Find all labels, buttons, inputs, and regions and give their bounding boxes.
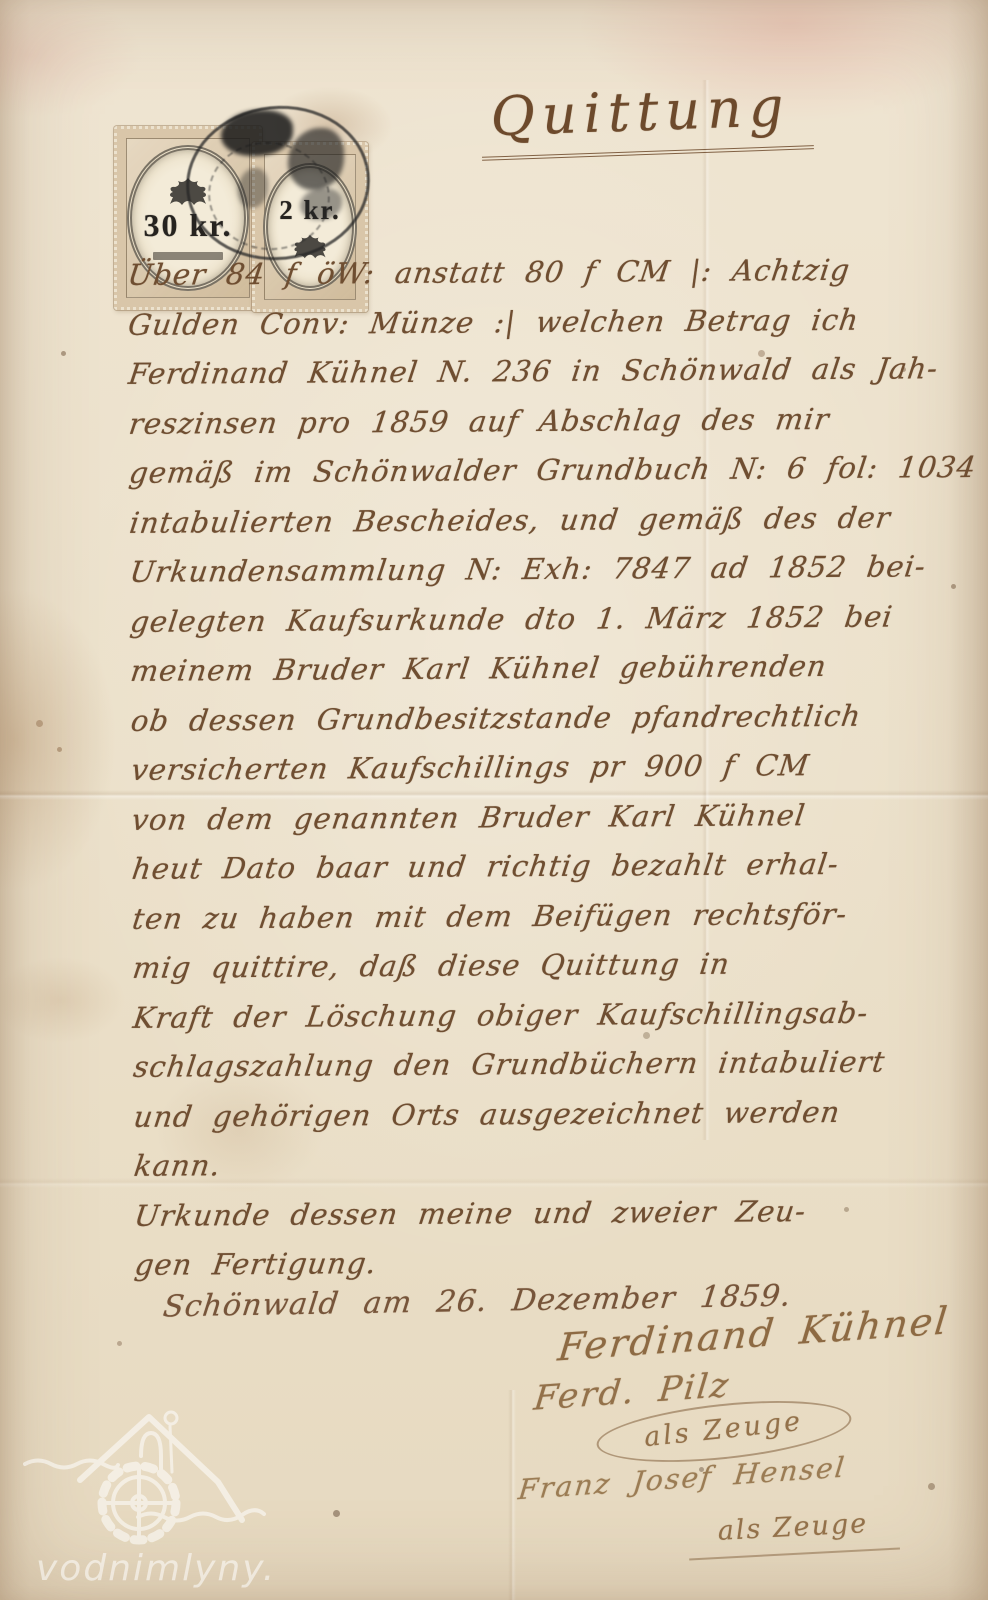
mill-mast-icon (170, 1426, 172, 1472)
manuscript-line: von dem genannten Bruder Karl Kühnel (129, 790, 966, 845)
watermark-logo: vodnimlyny.cz (20, 1402, 270, 1600)
manuscript-line: Urkunde dessen meine und zweier Zeu- (131, 1186, 968, 1241)
manuscript-line: Ferdinand Kühnel N. 236 in Schönwald als… (125, 344, 962, 399)
manuscript-line: ob dessen Grundbesitzstande pfandrechtli… (128, 691, 965, 746)
waterwheel-gear-icon (102, 1466, 176, 1540)
manuscript-line: versicherten Kaufschillings pr 900 f CM (128, 740, 965, 795)
manuscript-line: schlagszahlung den Grundbüchern intabuli… (130, 1037, 967, 1092)
water-wave-icon (25, 1461, 118, 1468)
manuscript-line: meinem Bruder Karl Kühnel gebührenden (127, 641, 964, 696)
manuscript-line: Über 84 f öW: anstatt 80 f CM |: Achtzig (125, 245, 962, 300)
manuscript-line: intabulierten Bescheides, und gemäß des … (126, 493, 963, 548)
fold-crease-vertical (508, 1390, 516, 1600)
manuscript-line: reszinsen pro 1859 auf Abschlag des mir (126, 394, 963, 449)
manuscript-line: gelegten Kaufsurkunde dto 1. März 1852 b… (127, 592, 964, 647)
manuscript-line: ten zu haben mit dem Beifügen rechtsför- (129, 889, 966, 944)
paper-specks (0, 0, 3, 3)
document-title: Quittung (480, 74, 814, 161)
manuscript-line: heut Dato baar und richtig bezahlt erhal… (129, 839, 966, 894)
scanned-document-page: Quittung 30 kr. 2 kr. Über 84 f öW: anst… (0, 0, 988, 1600)
manuscript-line: mig quittire, daß diese Quittung in (130, 938, 967, 993)
manuscript-line: kann. (131, 1136, 968, 1191)
watermark-text: vodnimlyny.cz (36, 1548, 270, 1589)
manuscript-body: Über 84 f öW: anstatt 80 f CM |: Achtzig… (124, 245, 961, 1290)
manuscript-line: Kraft der Löschung obiger Kaufschillings… (130, 988, 967, 1043)
manuscript-line: Gulden Conv: Münze :| welchen Betrag ich (125, 295, 962, 350)
manuscript-line: Urkundensammlung N: Exh: 7847 ad 1852 be… (127, 542, 964, 597)
witness-annotation: als Zeuge (687, 1507, 900, 1561)
mill-lamp-icon (165, 1412, 177, 1424)
manuscript-line: gemäß im Schönwalder Grundbuch N: 6 fol:… (126, 443, 963, 498)
mill-window-icon (141, 1433, 161, 1476)
mill-house-icon (80, 1417, 242, 1520)
water-wave-icon (138, 1510, 264, 1520)
manuscript-line: und gehörigen Orts ausgezeichnet werden (131, 1087, 968, 1142)
